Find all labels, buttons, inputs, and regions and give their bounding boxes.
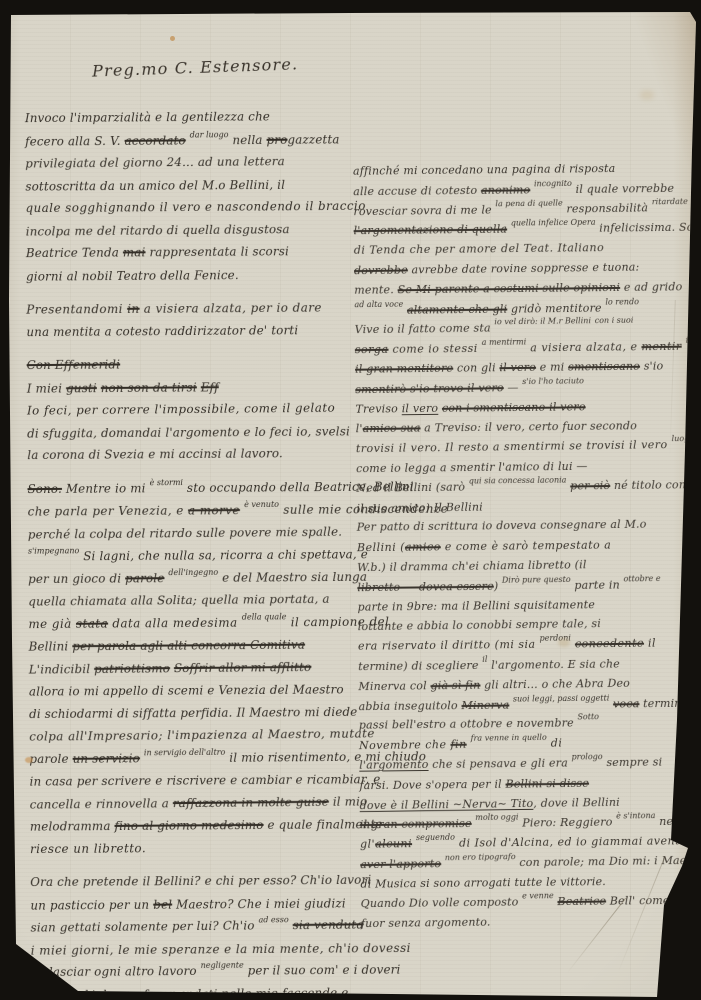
photo-background: Preg.mo C. Estensore. Invoco l'imparzial… bbox=[0, 0, 701, 1000]
manuscript-page: Preg.mo C. Estensore. Invoco l'imparzial… bbox=[0, 0, 701, 1000]
interlinear-insertion: i giorni bbox=[686, 337, 701, 345]
edge-vignette bbox=[0, 0, 701, 1000]
